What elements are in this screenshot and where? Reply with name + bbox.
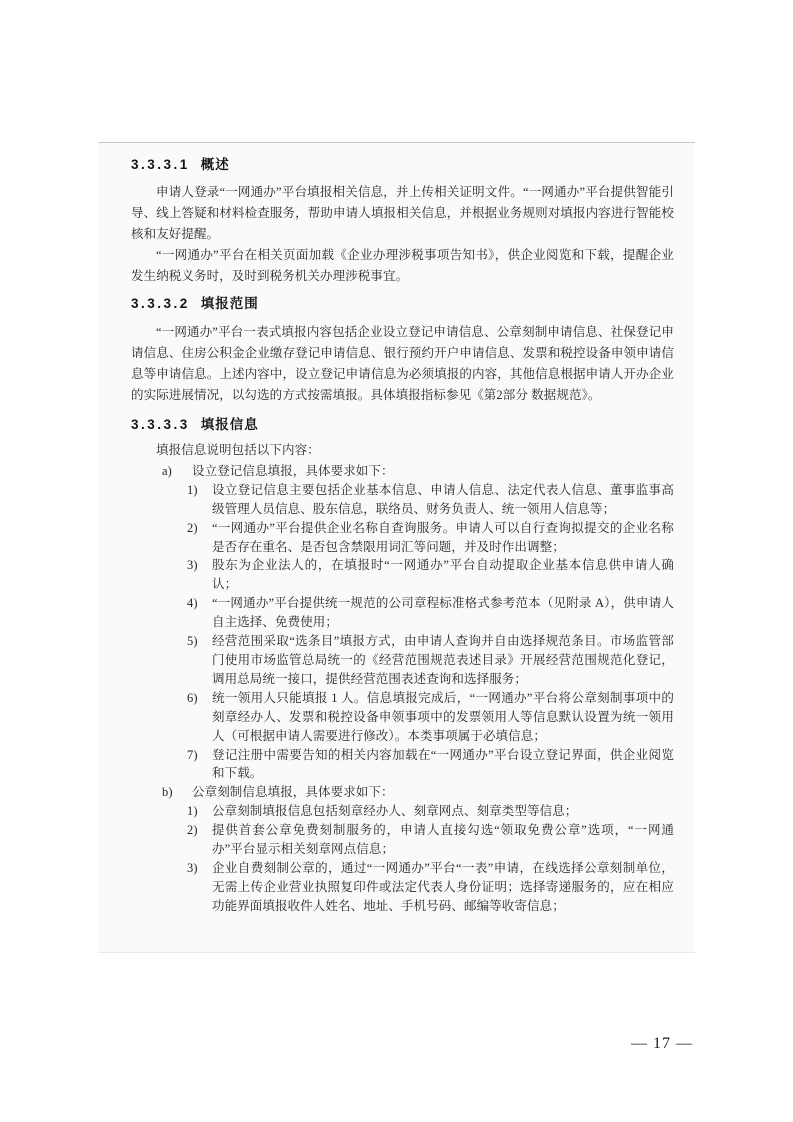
list-item-a3: 3) 股东为企业法人的，在填报时“一网通办”平台自动提取企业基本信息供申请人确认… [131, 556, 674, 594]
list-marker: a) [162, 462, 172, 481]
scanned-page: 3.3.3.1概述 申请人登录“一网通办”平台填报相关信息，并上传相关证明文件。… [98, 142, 695, 953]
list-item-a: a) 设立登记信息填报，具体要求如下： [131, 462, 674, 481]
pdf-page-canvas: 3.3.3.1概述 申请人登录“一网通办”平台填报相关信息，并上传相关证明文件。… [0, 0, 793, 1122]
section-number: 3.3.3.3 [131, 417, 190, 432]
section-heading-scope: 3.3.3.2填报范围 [131, 293, 674, 314]
list-text: 统一领用人只能填报 1 人。信息填报完成后，“一网通办”平台将公章刻制事项中的刻… [212, 691, 674, 743]
list-item-a4: 4) “一网通办”平台提供统一规范的公司章程标准格式参考范本（见附录 A），供申… [131, 594, 674, 632]
section-title: 概述 [201, 157, 230, 172]
page-number: — 17 — [631, 1034, 693, 1054]
list-text: 公章刻制填报信息包括刻章经办人、刻章网点、刻章类型等信息； [212, 804, 577, 818]
list-marker: 6) [187, 689, 198, 708]
list-marker: 2) [187, 821, 198, 840]
section-title: 填报信息 [201, 417, 259, 432]
list-marker: 5) [187, 632, 198, 651]
list-item-a1: 1) 设立登记信息主要包括企业基本信息、申请人信息、法定代表人信息、董事监事高级… [131, 481, 674, 519]
list-text: 设立登记信息主要包括企业基本信息、申请人信息、法定代表人信息、董事监事高级管理人… [212, 483, 674, 516]
list-text: 企业自费刻制公章的，通过“一网通办”平台“一表”申请，在线选择公章刻制单位，无需… [212, 861, 674, 913]
list-item-a7: 7) 登记注册中需要告知的相关内容加载在“一网通办”平台设立登记界面，供企业阅览… [131, 746, 674, 784]
list-item-a5: 5) 经营范围采取“选条目”填报方式，由申请人查询并自由选择规范条目。市场监管部… [131, 632, 674, 689]
paragraph: “一网通办”平台在相关页面加载《企业办理涉税事项告知书》，供企业阅览和下载，提醒… [131, 245, 674, 287]
list-text: “一网通办”平台提供统一规范的公司章程标准格式参考范本（见附录 A），供申请人自… [212, 596, 674, 629]
list-item-b: b) 公章刻制信息填报，具体要求如下： [131, 783, 674, 802]
list-marker: b) [162, 783, 173, 802]
list-item-b1: 1) 公章刻制填报信息包括刻章经办人、刻章网点、刻章类型等信息； [131, 802, 674, 821]
list-marker: 1) [187, 481, 198, 500]
list-marker: 4) [187, 594, 198, 613]
list-marker: 7) [187, 746, 198, 765]
list-item-b3: 3) 企业自费刻制公章的，通过“一网通办”平台“一表”申请，在线选择公章刻制单位… [131, 859, 674, 916]
list-item-a2: 2) “一网通办”平台提供企业名称自查询服务。申请人可以自行查询拟提交的企业名称… [131, 519, 674, 557]
section-title: 填报范围 [201, 296, 259, 311]
section-number: 3.3.3.2 [131, 296, 190, 311]
list-marker: 3) [187, 556, 198, 575]
section-heading-info: 3.3.3.3填报信息 [131, 414, 674, 435]
paragraph: “一网通办”平台一表式填报内容包括企业设立登记申请信息、公章刻制申请信息、社保登… [131, 322, 674, 406]
list-text: 股东为企业法人的，在填报时“一网通办”平台自动提取企业基本信息供申请人确认； [212, 558, 674, 591]
list-text: 提供首套公章免费刻制服务的，申请人直接勾选“领取免费公章”选项，“一网通办”平台… [212, 823, 674, 856]
list-text: 设立登记信息填报，具体要求如下： [192, 464, 394, 478]
list-marker: 2) [187, 519, 198, 538]
list-text: 经营范围采取“选条目”填报方式，由申请人查询并自由选择规范条目。市场监管部门使用… [212, 634, 674, 686]
paragraph: 填报信息说明包括以下内容： [131, 441, 674, 460]
list-text: 登记注册中需要告知的相关内容加载在“一网通办”平台设立登记界面，供企业阅览和下载… [212, 748, 674, 781]
list-marker: 1) [187, 802, 198, 821]
list-text: 公章刻制信息填报，具体要求如下： [192, 785, 394, 799]
list-marker: 3) [187, 859, 198, 878]
list-item-b2: 2) 提供首套公章免费刻制服务的，申请人直接勾选“领取免费公章”选项，“一网通办… [131, 821, 674, 859]
section-heading-overview: 3.3.3.1概述 [131, 154, 674, 175]
section-number: 3.3.3.1 [131, 157, 190, 172]
list-text: “一网通办”平台提供企业名称自查询服务。申请人可以自行查询拟提交的企业名称是否存… [212, 521, 674, 554]
document-content: 3.3.3.1概述 申请人登录“一网通办”平台填报相关信息，并上传相关证明文件。… [131, 143, 674, 916]
list-item-a6: 6) 统一领用人只能填报 1 人。信息填报完成后，“一网通办”平台将公章刻制事项… [131, 689, 674, 746]
paragraph: 申请人登录“一网通办”平台填报相关信息，并上传相关证明文件。“一网通办”平台提供… [131, 182, 674, 245]
